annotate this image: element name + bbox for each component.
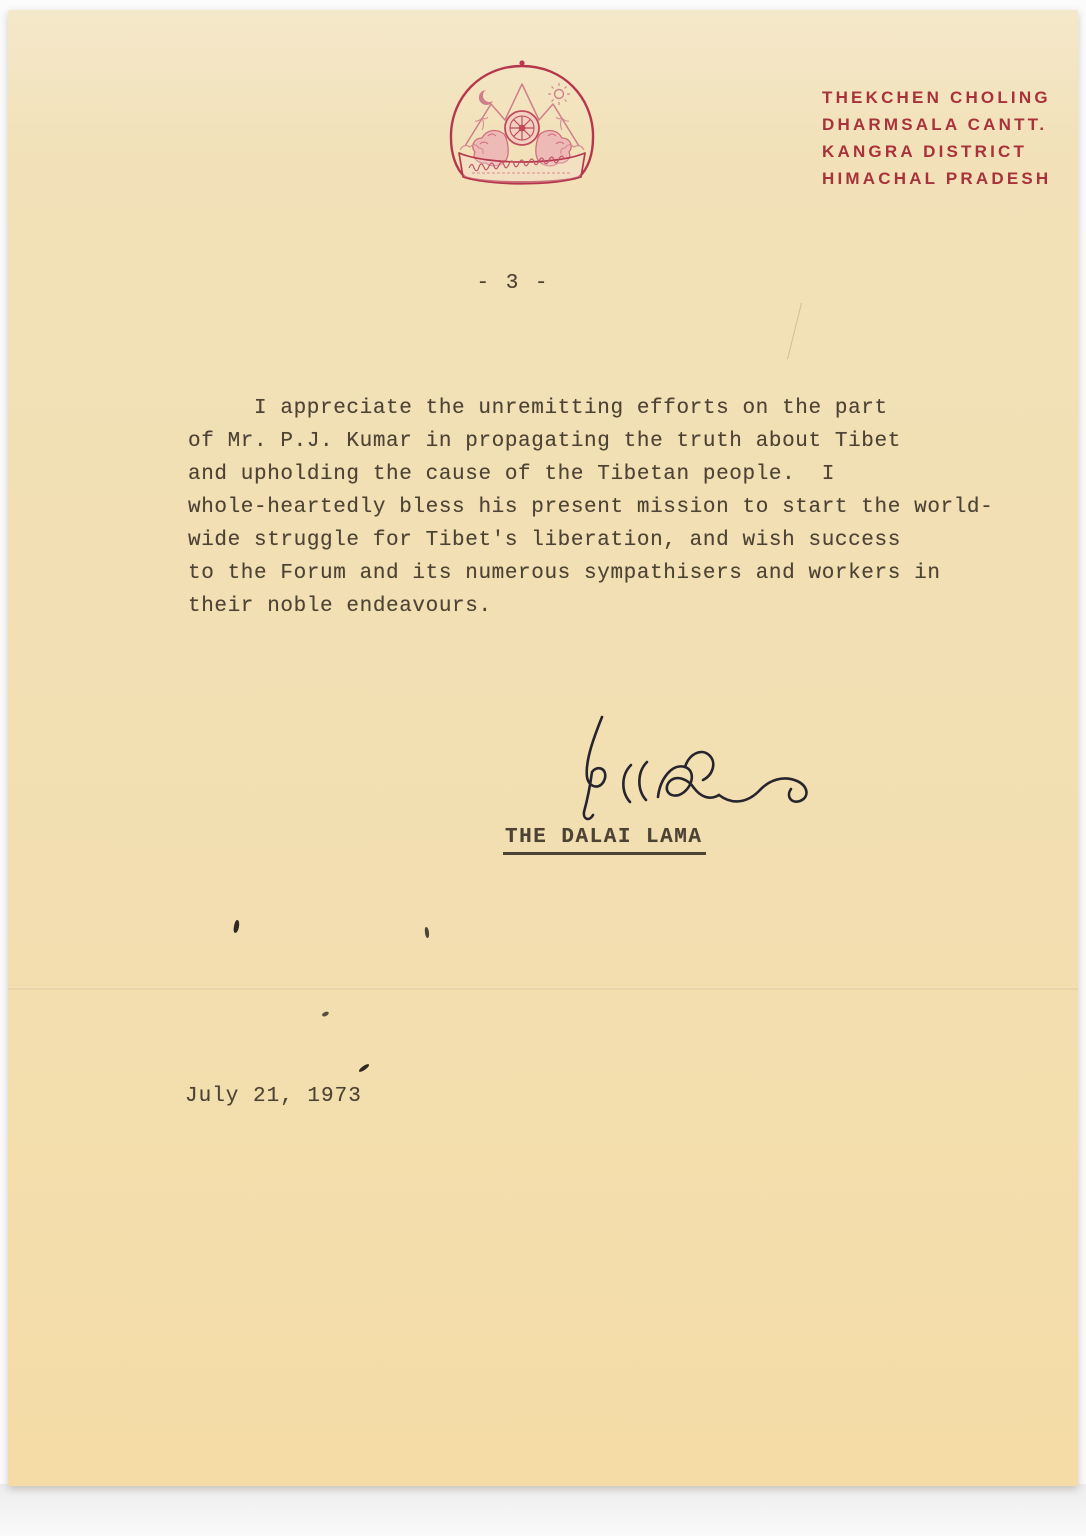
ink-speck [424,927,429,938]
seal-icon [442,56,602,202]
address-line: DHARMSALA CANTT. [822,111,1062,138]
page-number: - 3 - [438,272,588,295]
signer-name: THE DALAI LAMA [503,826,706,855]
ink-speck [233,920,241,934]
fold-crease [8,987,1078,990]
letter-date: July 21, 1973 [185,1085,362,1108]
body-line: of Mr. P.J. Kumar in propagating the tru… [188,425,948,458]
letterhead-address: THEKCHEN CHOLING DHARMSALA CANTT. KANGRA… [822,84,1062,192]
body-line: wide struggle for Tibet's liberation, an… [188,524,948,557]
body-line: to the Forum and its numerous sympathise… [188,557,948,590]
body-line: whole-heartedly bless his present missio… [188,491,948,524]
address-line: KANGRA DISTRICT [822,138,1062,165]
address-line: HIMACHAL PRADESH [822,165,1062,192]
address-line: THEKCHEN CHOLING [822,84,1062,111]
paper-scratch [787,303,802,360]
letter-body: I appreciate the unremitting efforts on … [188,392,948,623]
body-line: their noble endeavours. [188,590,948,623]
body-line: I appreciate the unremitting efforts on … [188,392,948,425]
body-line: and upholding the cause of the Tibetan p… [188,458,948,491]
ink-speck [321,1011,329,1018]
letter-page: THEKCHEN CHOLING DHARMSALA CANTT. KANGRA… [8,10,1078,1486]
backing-paper-edge [0,1484,1086,1536]
ink-speck [358,1063,370,1073]
tibetan-seal-emblem [442,56,602,202]
